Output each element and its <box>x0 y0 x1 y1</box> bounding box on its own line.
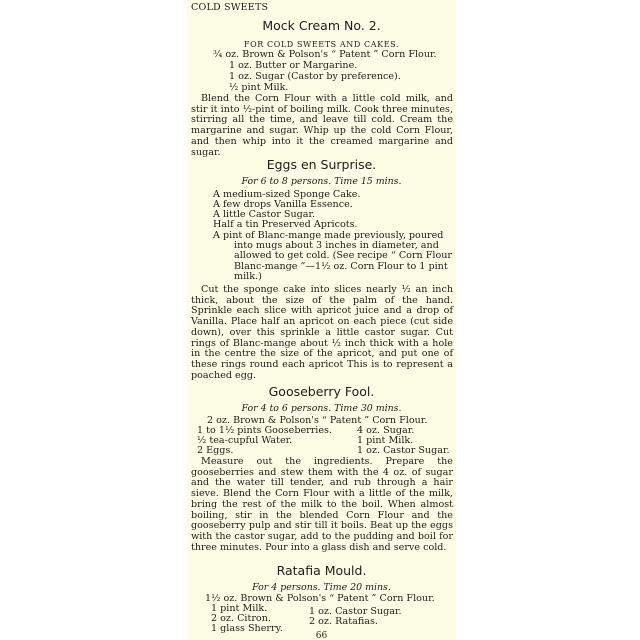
cookbook-page: COLD SWEETS Mock Cream No. 2. FOR COLD S… <box>187 0 456 640</box>
ingredient: ½ pint Milk. <box>229 83 288 93</box>
recipe-method: Cut the sponge cake into slices nearly ½… <box>191 285 453 381</box>
recipe-meta: For 4 to 6 persons. Time 30 mins. <box>187 404 456 414</box>
ingredient: 1 oz. Castor Sugar. <box>357 446 450 456</box>
ingredient: milk.) <box>234 272 262 282</box>
ingredient: allowed to get cold. (See recipe “ Corn … <box>234 251 452 261</box>
recipe-title: Ratafia Mould. <box>187 566 456 576</box>
ingredient: Half a tin Preserved Apricots. <box>213 220 358 230</box>
recipe-title: Eggs en Surprise. <box>187 160 456 170</box>
ingredient: Blanc-mange ”—1½ oz. Corn Flour to 1 pin… <box>234 262 448 272</box>
page-number: 66 <box>187 631 456 640</box>
ingredient: 2 Eggs. <box>197 446 233 456</box>
ingredient: 1 oz. Butter or Margarine. <box>229 61 357 71</box>
recipe-meta: For 4 persons. Time 20 mins. <box>187 583 456 593</box>
ingredient: 1 oz. Sugar (Castor by preference). <box>229 72 401 82</box>
ingredient: ¾ oz. Brown & Polson's “ Patent ” Corn F… <box>213 50 437 60</box>
recipe-method: Blend the Corn Flour with a little cold … <box>191 94 453 158</box>
recipe-title: Gooseberry Fool. <box>187 387 456 397</box>
running-head: COLD SWEETS <box>191 3 268 13</box>
recipe-meta: For 6 to 8 persons. Time 15 mins. <box>187 177 456 187</box>
ingredient: 2 oz. Ratafias. <box>309 617 378 627</box>
recipe-method: Measure out the ingredients. Prepare the… <box>191 457 453 553</box>
recipe-title: Mock Cream No. 2. <box>187 21 456 31</box>
